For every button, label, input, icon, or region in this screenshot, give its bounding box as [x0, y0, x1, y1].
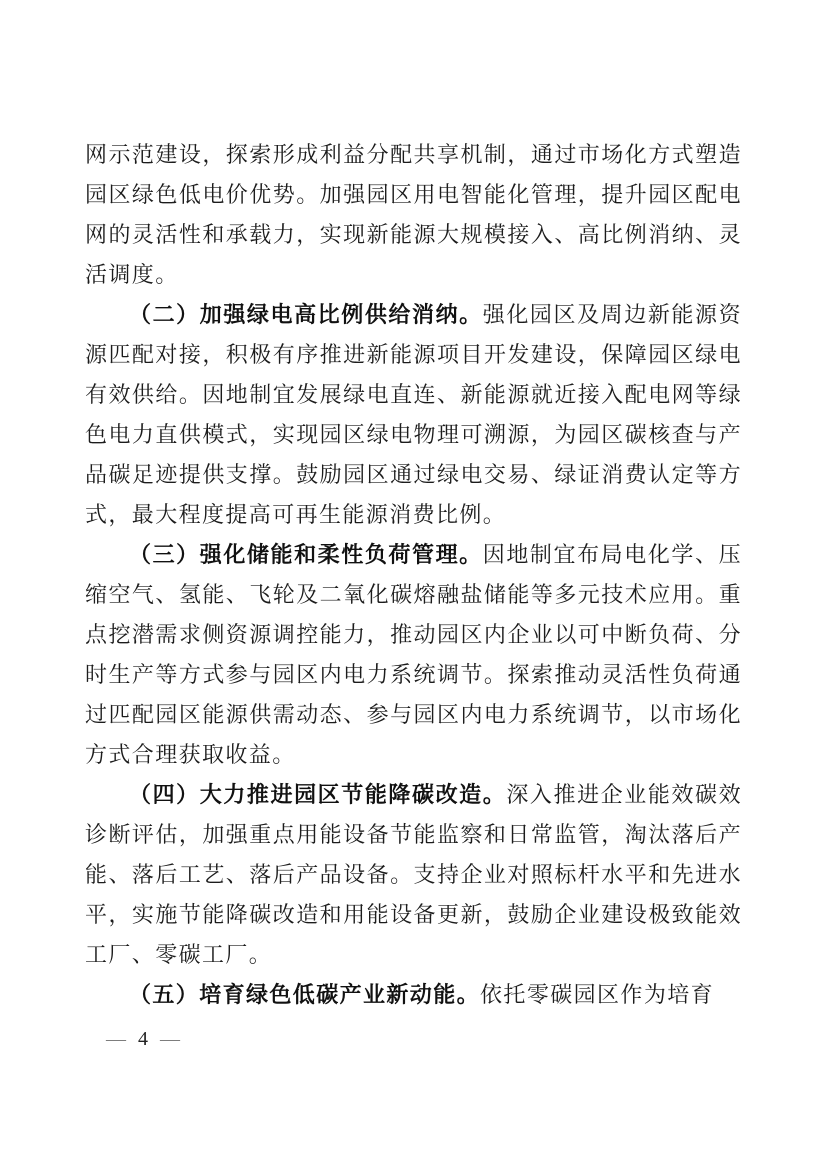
document-body: 网示范建设，探索形成利益分配共享机制，通过市场化方式塑造园区绿色低电价优势。加强… [85, 135, 742, 1015]
paragraph: （四）大力推进园区节能降碳改造。深入推进企业能效碳效诊断评估，加强重点用能设备节… [85, 775, 742, 975]
page-number-left-dash: — [106, 1028, 126, 1050]
page-number-right-dash: — [160, 1028, 180, 1050]
paragraph-text: 网示范建设，探索形成利益分配共享机制，通过市场化方式塑造园区绿色低电价优势。加强… [85, 142, 742, 287]
paragraph-text: 因地制宜布局电化学、压缩空气、氢能、飞轮及二氧化碳熔融盐储能等多元技术应用。重点… [85, 542, 742, 767]
paragraph-heading: （三）强化储能和柔性负荷管理。 [129, 542, 483, 567]
paragraph: 网示范建设，探索形成利益分配共享机制，通过市场化方式塑造园区绿色低电价优势。加强… [85, 135, 742, 295]
paragraph: （五）培育绿色低碳产业新动能。依托零碳园区作为培育 [85, 975, 742, 1015]
paragraph-text: 深入推进企业能效碳效诊断评估，加强重点用能设备节能监察和日常监管，淘汰落后产能、… [85, 782, 742, 967]
paragraph-heading: （二）加强绿电高比例供给消纳。 [129, 302, 483, 327]
paragraph-text: 依托零碳园区作为培育 [480, 982, 714, 1007]
paragraph-text: 强化园区及周边新能源资源匹配对接，积极有序推进新能源项目开发建设，保障园区绿电有… [85, 302, 742, 527]
paragraph: （二）加强绿电高比例供给消纳。强化园区及周边新能源资源匹配对接，积极有序推进新能… [85, 295, 742, 535]
paragraph-heading: （五）培育绿色低碳产业新动能。 [129, 982, 480, 1007]
page-number: —4— [106, 1028, 180, 1051]
paragraph: （三）强化储能和柔性负荷管理。因地制宜布局电化学、压缩空气、氢能、飞轮及二氧化碳… [85, 535, 742, 775]
page-number-value: 4 [138, 1028, 148, 1050]
paragraph-heading: （四）大力推进园区节能降碳改造。 [129, 782, 506, 807]
